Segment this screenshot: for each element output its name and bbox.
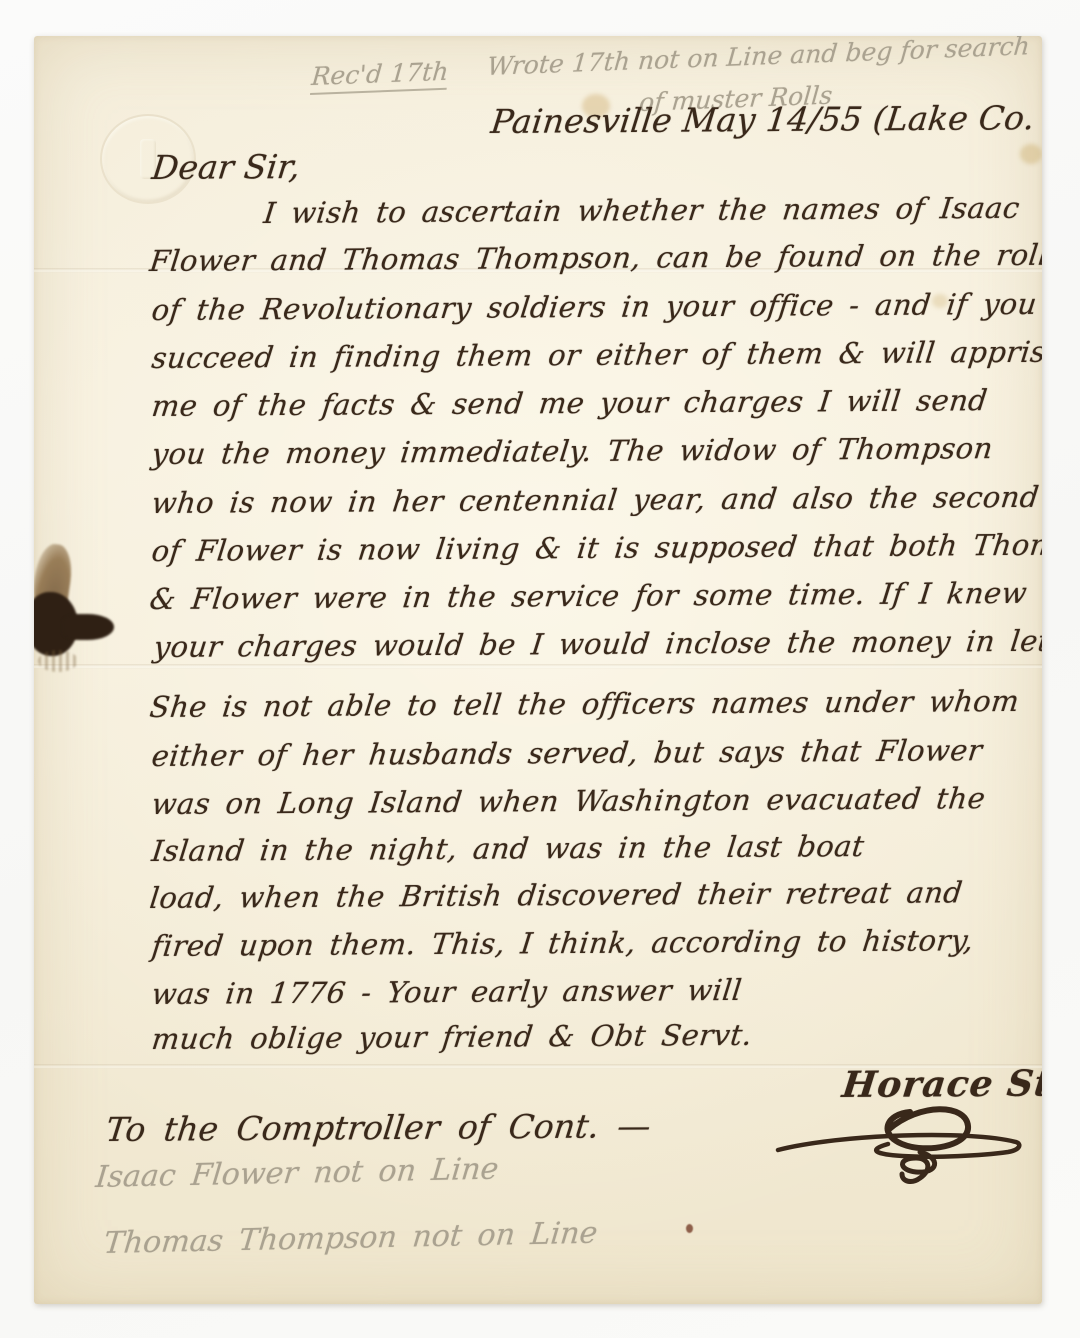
body-line: much oblige your friend & Obt Servt.: [150, 1018, 754, 1056]
body-line: Flower and Thomas Thompson, can be found…: [148, 238, 1042, 278]
dateline: Painesville May 14/55 (Lake Co. O.): [489, 98, 1042, 141]
body-line: She is not able to tell the officers nam…: [148, 684, 1021, 724]
signature-flourish: [770, 1100, 1030, 1195]
body-line: I wish to ascertain whether the names of…: [262, 191, 1022, 230]
body-line: who is now in her centennial year, and a…: [150, 479, 1042, 520]
thomas-thompson-annotation: Thomas Thompson not on Line: [102, 1216, 599, 1261]
body-line: you the money immediately. The widow of …: [150, 431, 995, 471]
body-line: succeed in finding them or either of the…: [150, 335, 1042, 375]
wrote-annotation-line1: Wrote 17th not on Line and beg for searc…: [486, 36, 1031, 81]
received-annotation: Rec'd 17th: [310, 57, 450, 95]
body-line: load, when the British discovered their …: [148, 875, 964, 915]
body-line: of Flower is now living & it is supposed…: [150, 527, 1042, 568]
stain-spot: [1020, 144, 1042, 164]
address-line: To the Comptroller of Cont. —: [104, 1106, 653, 1149]
fold-crease-middle: [34, 664, 1042, 669]
body-line: fired upon them. This, I think, accordin…: [150, 923, 976, 963]
letter-paper: Rec'd 17th Wrote 17th not on Line and be…: [34, 36, 1042, 1304]
body-line: was in 1776 - Your early answer will: [150, 973, 744, 1011]
body-line: me of the facts & send me your charges I…: [150, 383, 989, 423]
body-line: either of her husbands served, but says …: [150, 733, 984, 773]
stain-speck: [686, 1224, 693, 1233]
body-line: Island in the night, and was in the last…: [150, 829, 866, 868]
letter-photo: Rec'd 17th Wrote 17th not on Line and be…: [0, 0, 1080, 1338]
salutation: Dear Sir,: [150, 147, 302, 187]
isaac-flower-annotation: Isaac Flower not on Line: [94, 1152, 500, 1195]
body-line: & Flower were in the service for some ti…: [148, 575, 1042, 616]
body-line: was on Long Island when Washington evacu…: [150, 781, 987, 821]
body-line: your charges would be I would inclose th…: [152, 623, 1042, 664]
body-line: of the Revolutionary soldiers in your of…: [150, 287, 1039, 327]
